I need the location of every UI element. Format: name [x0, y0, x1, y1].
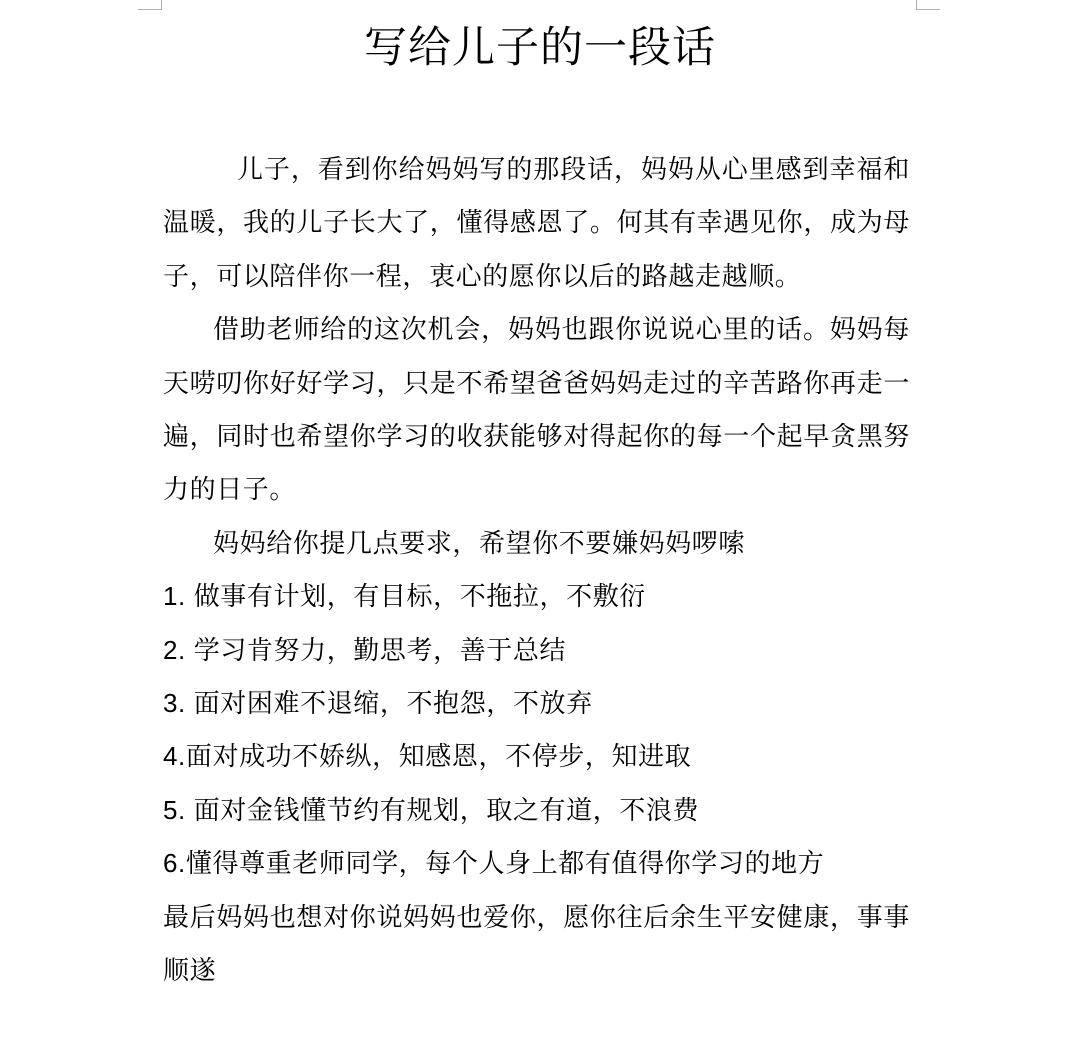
document-title: 写给儿子的一段话: [0, 14, 1080, 75]
list-item-3: 3. 面对困难不退缩，不抱怨，不放弃: [163, 677, 910, 730]
margin-mark-top-right-icon: [916, 0, 940, 10]
paragraph-closing: 最后妈妈也想对你说妈妈也爱你，愿你往后余生平安健康，事事顺遂: [163, 891, 910, 998]
paragraph-requests: 妈妈给你提几点要求，希望你不要嫌妈妈啰嗦: [163, 517, 910, 570]
list-item-1: 1. 做事有计划，有目标，不拖拉，不敷衍: [163, 570, 910, 623]
paragraph-intro: 儿子，看到你给妈妈写的那段话，妈妈从心里感到幸福和温暖，我的儿子长大了，懂得感恩…: [163, 143, 910, 303]
document-page: 写给儿子的一段话 儿子，看到你给妈妈写的那段话，妈妈从心里感到幸福和温暖，我的儿…: [0, 0, 1080, 1048]
paragraph-reason: 借助老师给的这次机会，妈妈也跟你说说心里的话。妈妈每天唠叨你好好学习，只是不希望…: [163, 303, 910, 517]
list-item-6: 6.懂得尊重老师同学，每个人身上都有值得你学习的地方: [163, 837, 910, 890]
document-body: 儿子，看到你给妈妈写的那段话，妈妈从心里感到幸福和温暖，我的儿子长大了，懂得感恩…: [163, 143, 910, 998]
list-item-4: 4.面对成功不娇纵，知感恩，不停步，知进取: [163, 730, 910, 783]
margin-mark-top-left-icon: [138, 0, 162, 10]
list-item-5: 5. 面对金钱懂节约有规划，取之有道，不浪费: [163, 784, 910, 837]
list-item-2: 2. 学习肯努力，勤思考，善于总结: [163, 624, 910, 677]
